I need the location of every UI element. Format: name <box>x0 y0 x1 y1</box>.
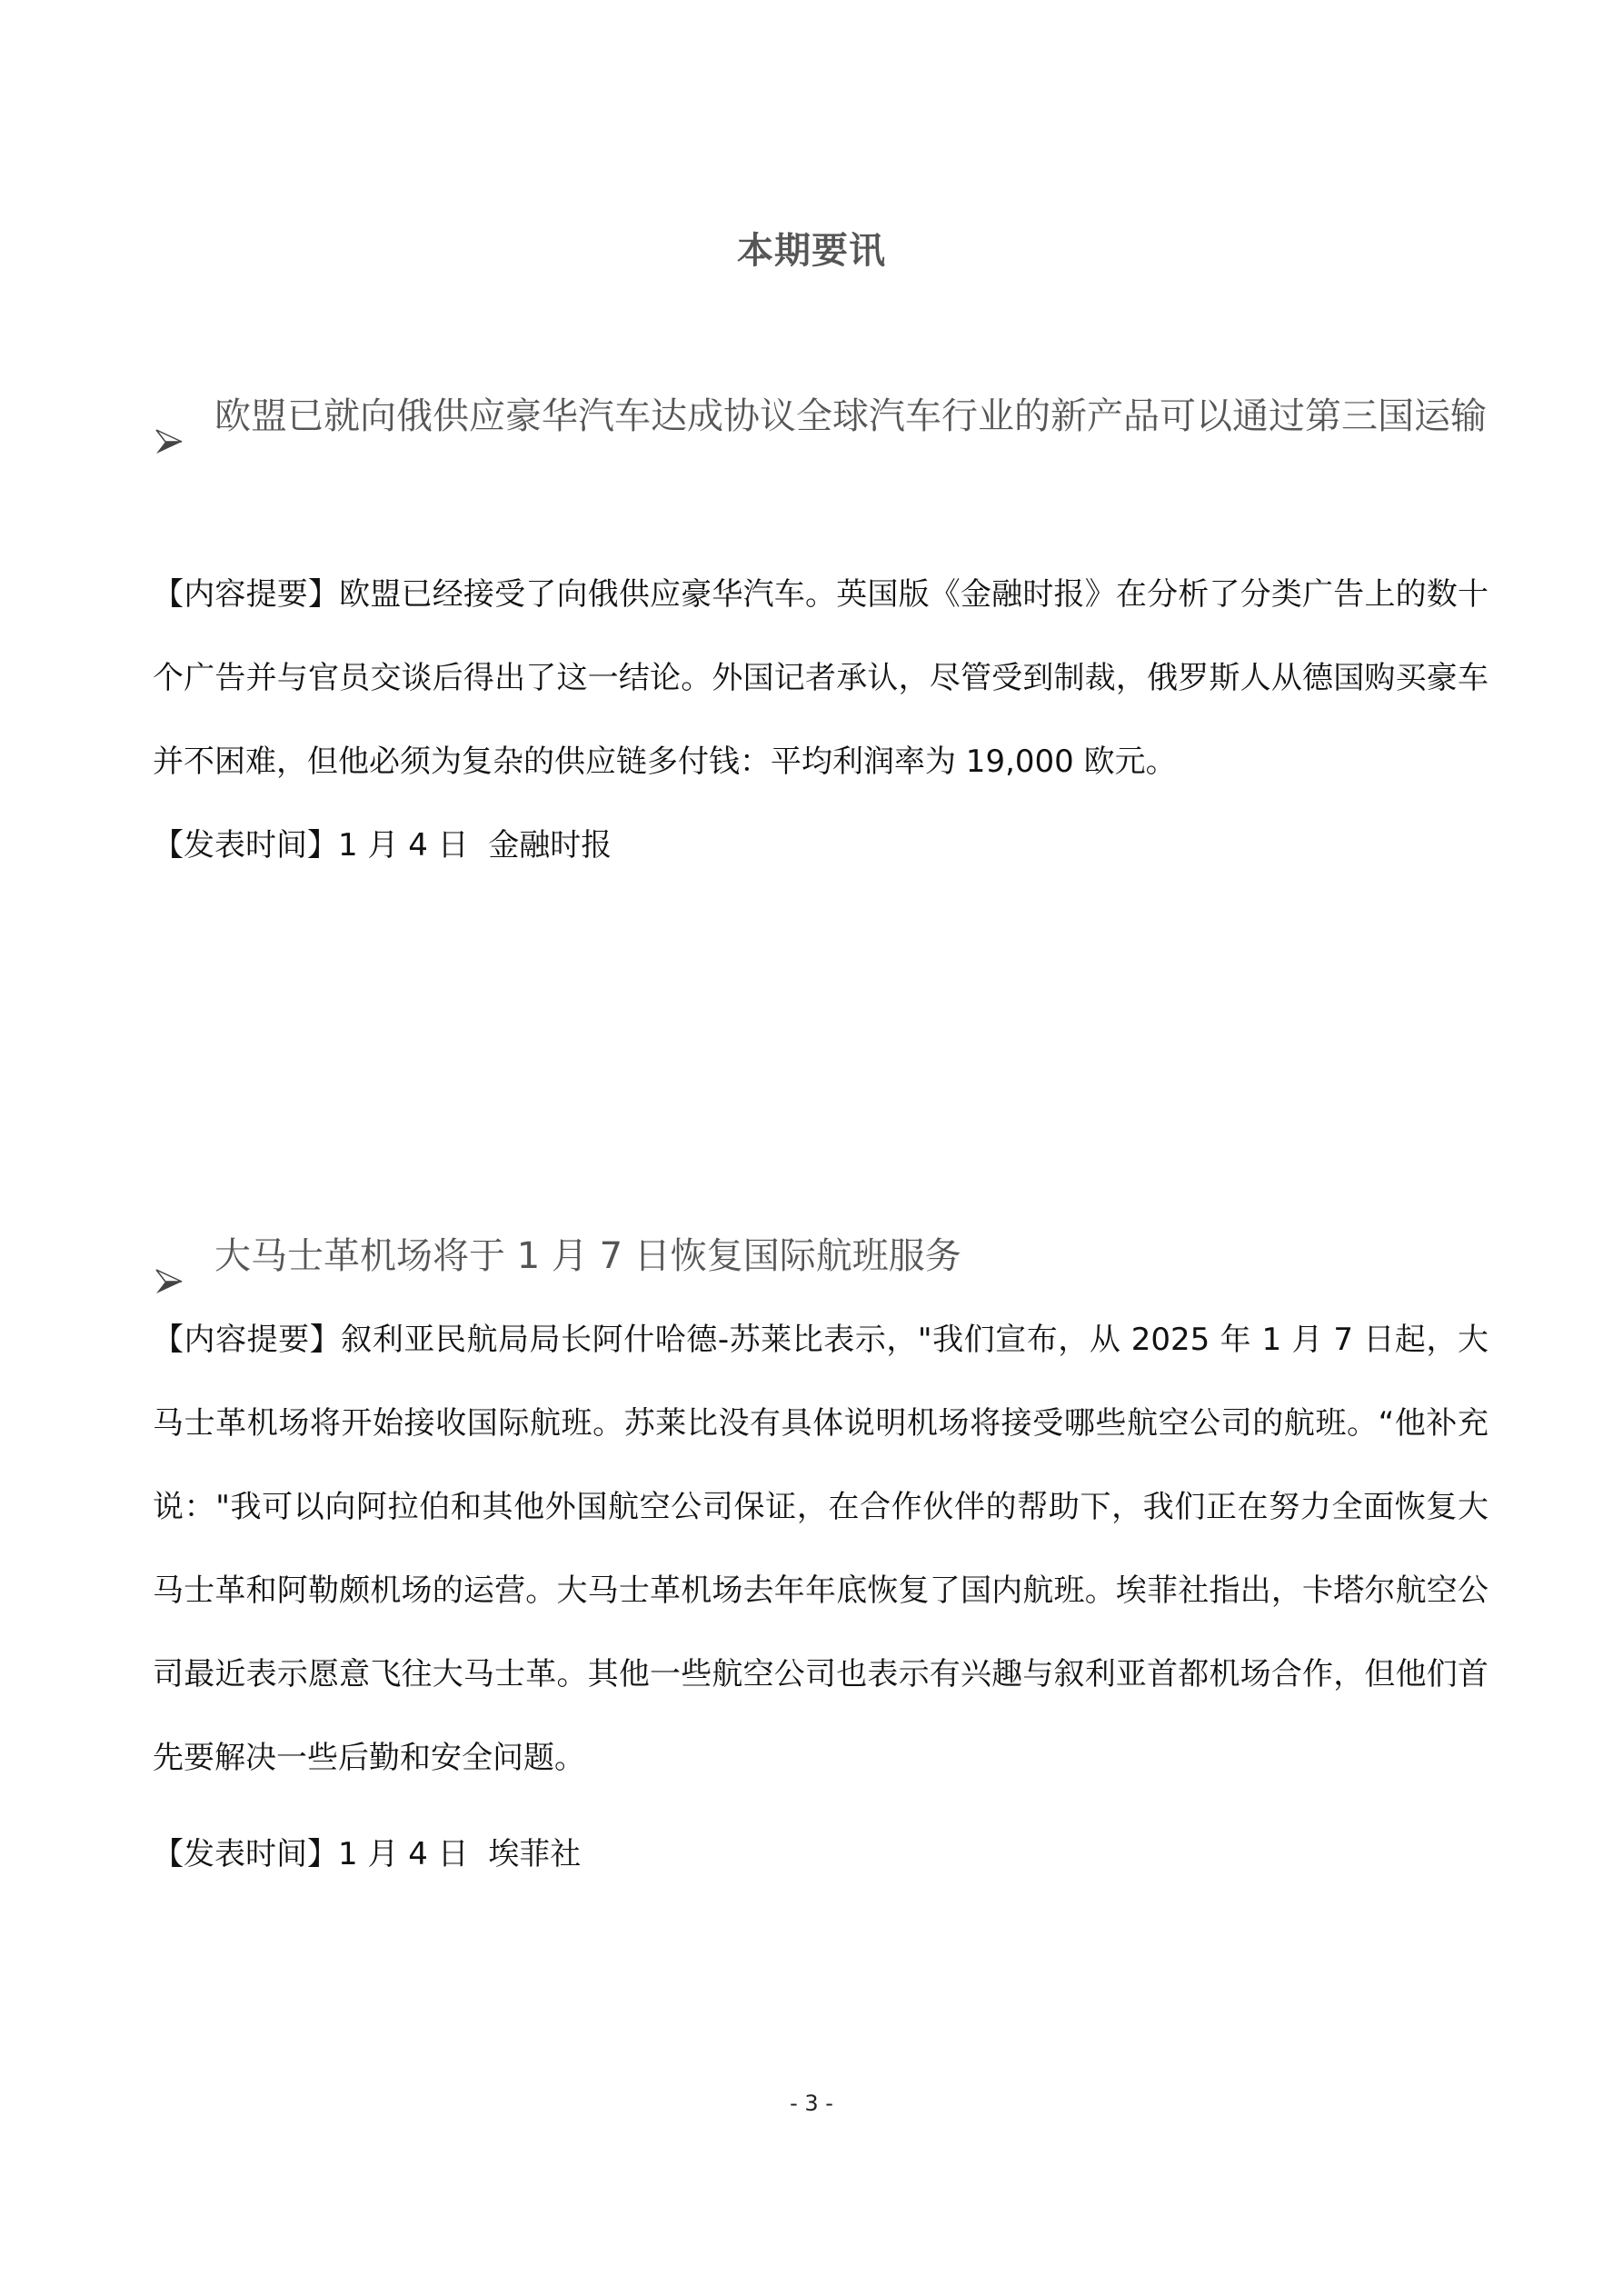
summary-label: 【内容提要】 <box>153 1322 341 1358</box>
article-summary: 【内容提要】欧盟已经接受了向俄供应豪华汽车。英国版《金融时报》在分析了分类广告上… <box>153 553 1489 804</box>
headline-text: 欧盟已就向俄供应豪华汽车达成协议全球汽车行业的新产品可以通过第三国运输 <box>154 373 1490 460</box>
summary-text: 欧盟已经接受了向俄供应豪华汽车。英国版《金融时报》在分析了分类广告上的数十个广告… <box>153 576 1489 780</box>
pub-label: 【发表时间】 <box>153 1836 338 1872</box>
publication-info: 【发表时间】1 月 4 日 金融时报 <box>153 804 612 887</box>
pub-source: 金融时报 <box>488 827 612 863</box>
summary-text: 叙利亚民航局局长阿什哈德-苏莱比表示，"我们宣布，从 2025 年 1 月 7 … <box>153 1322 1489 1776</box>
article-headline: 欧盟已就向俄供应豪华汽车达成协议全球汽车行业的新产品可以通过第三国运输 <box>154 373 1490 460</box>
page-number: - 3 - <box>0 2091 1623 2116</box>
arrow-bullet-icon <box>154 400 184 427</box>
headline-text: 大马士革机场将于 1 月 7 日恢复国际航班服务 <box>154 1213 1490 1300</box>
article-summary: 【内容提要】叙利亚民航局局长阿什哈德-苏莱比表示，"我们宣布，从 2025 年 … <box>153 1298 1489 1800</box>
pub-date: 1 月 4 日 <box>338 827 469 863</box>
page-title: 本期要讯 <box>0 222 1623 274</box>
article-headline: 大马士革机场将于 1 月 7 日恢复国际航班服务 <box>154 1213 1490 1300</box>
pub-date: 1 月 4 日 <box>338 1836 469 1872</box>
pub-label: 【发表时间】 <box>153 827 338 863</box>
publication-info: 【发表时间】1 月 4 日 埃菲社 <box>153 1812 581 1896</box>
pub-source: 埃菲社 <box>488 1836 581 1872</box>
arrow-bullet-icon <box>154 1240 184 1267</box>
summary-label: 【内容提要】 <box>153 576 339 613</box>
